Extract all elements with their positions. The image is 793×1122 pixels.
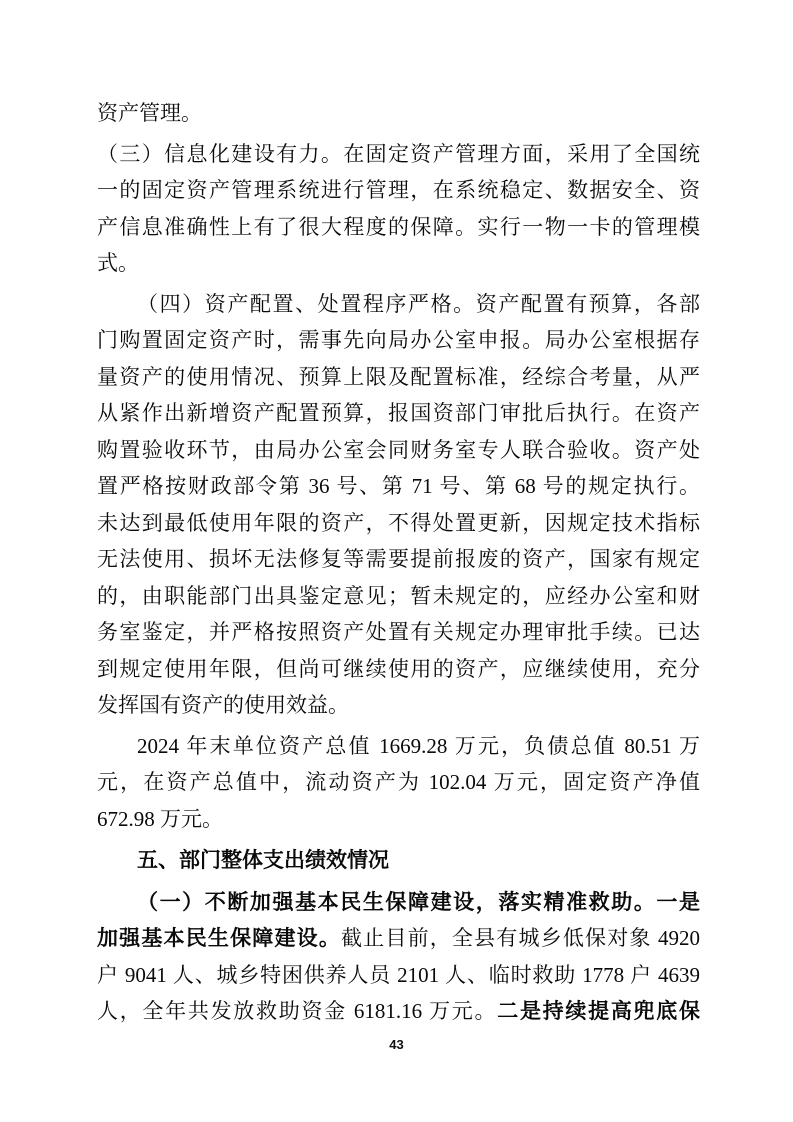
- body-text: 的，由职能部门出具鉴定意见；暂未规定的，应经办公室和财: [97, 584, 700, 608]
- text-line: （四）资产配置、处置程序严格。资产配置有预算，各部: [97, 286, 700, 323]
- text-line: 产信息准确性上有了很大程度的保障。实行一物一卡的管理模: [97, 209, 700, 246]
- text-line: 置严格按财政部令第 36 号、第 71 号、第 68 号的规定执行。: [97, 468, 700, 505]
- text-line: （三）信息化建设有力。在固定资产管理方面，采用了全国统: [97, 136, 700, 173]
- text-line: 务室鉴定，并严格按照资产处置有关规定办理审批手续。已达: [97, 614, 700, 651]
- text-line: 资产管理。: [97, 95, 700, 132]
- body-text: 门购置固定资产时，需事先向局办公室申报。局办公室根据存: [97, 328, 700, 352]
- body-text: 无法使用、损坏无法修复等需要提前报废的资产，国家有规定: [97, 547, 700, 571]
- body-text: 资产管理。: [97, 101, 202, 125]
- body-text: 一的固定资产管理系统进行管理，在系统稳定、数据安全、资: [97, 178, 700, 202]
- bold-text: 五、部门整体支出绩效情况: [137, 849, 389, 872]
- body-text: 务室鉴定，并严格按照资产处置有关规定办理审批手续。已达: [97, 620, 700, 644]
- text-line: 式。: [97, 245, 700, 282]
- para-asset-totals-2024: 2024 年末单位资产总值 1669.28 万元，负债总值 80.51 万元，在…: [97, 728, 700, 838]
- text-line: 2024 年末单位资产总值 1669.28 万元，负债总值 80.51 万: [97, 728, 700, 765]
- body-text: 户 9041 人、城乡特困供养人员 2101 人、临时救助 1778 户 463…: [97, 963, 700, 987]
- text-line: 的，由职能部门出具鉴定意见；暂未规定的，应经办公室和财: [97, 578, 700, 615]
- text-line: 元，在资产总值中，流动资产为 102.04 万元，固定资产净值: [97, 764, 700, 801]
- body-text: 置严格按财政部令第 36 号、第 71 号、第 68 号的规定执行。: [97, 474, 700, 498]
- text-line: 户 9041 人、城乡特困供养人员 2101 人、临时救助 1778 户 463…: [97, 957, 700, 994]
- text-line: 到规定使用年限，但尚可继续使用的资产，应继续使用，充分: [97, 651, 700, 688]
- para-3-informatization: （三）信息化建设有力。在固定资产管理方面，采用了全国统一的固定资产管理系统进行管…: [97, 136, 700, 282]
- bold-text: 二是持续提高兜底保: [497, 1000, 700, 1023]
- document-body: 资产管理。（三）信息化建设有力。在固定资产管理方面，采用了全国统一的固定资产管理…: [97, 95, 700, 1030]
- text-line: 门购置固定资产时，需事先向局办公室申报。局办公室根据存: [97, 322, 700, 359]
- text-line: 从紧作出新增资产配置预算，报国资部门审批后执行。在资产: [97, 395, 700, 432]
- body-text: 产信息准确性上有了很大程度的保障。实行一物一卡的管理模: [97, 215, 700, 239]
- body-text: 从紧作出新增资产配置预算，报国资部门审批后执行。在资产: [97, 401, 700, 425]
- text-line: 五、部门整体支出绩效情况: [97, 843, 700, 880]
- bold-text: 加强基本民生保障建设。: [97, 927, 341, 950]
- heading-section-5: 五、部门整体支出绩效情况: [97, 843, 700, 880]
- body-text: 到规定使用年限，但尚可继续使用的资产，应继续使用，充分: [97, 657, 700, 681]
- body-text: 量资产的使用情况、预算上限及配置标准，经综合考量，从严: [97, 365, 700, 389]
- text-line: （一）不断加强基本民生保障建设，落实精准救助。一是: [97, 884, 700, 921]
- body-text: （四）资产配置、处置程序严格。资产配置有预算，各部: [137, 292, 700, 316]
- body-text: 672.98 万元。: [97, 807, 223, 831]
- body-text: （三）信息化建设有力。在固定资产管理方面，采用了全国统: [97, 142, 700, 166]
- body-text: 发挥国有资产的使用效益。: [97, 693, 349, 717]
- text-line: 一的固定资产管理系统进行管理，在系统稳定、数据安全、资: [97, 172, 700, 209]
- body-text: 2024 年末单位资产总值 1669.28 万元，负债总值 80.51 万: [137, 734, 700, 758]
- text-line: 购置验收环节，由局办公室会同财务室专人联合验收。资产处: [97, 432, 700, 469]
- text-line: 672.98 万元。: [97, 801, 700, 838]
- text-line: 人，全年共发放救助资金 6181.16 万元。二是持续提高兜底保: [97, 993, 700, 1030]
- body-text: 购置验收环节，由局办公室会同财务室专人联合验收。资产处: [97, 438, 700, 462]
- body-text: 截止目前，全县有城乡低保对象 4920: [341, 926, 700, 950]
- page-number: 43: [0, 1037, 793, 1052]
- para-asset-management-tail: 资产管理。: [97, 95, 700, 132]
- body-text: 人，全年共发放救助资金 6181.16 万元。: [97, 999, 497, 1023]
- text-line: 量资产的使用情况、预算上限及配置标准，经综合考量，从严: [97, 359, 700, 396]
- body-text: 元，在资产总值中，流动资产为 102.04 万元，固定资产净值: [97, 770, 700, 794]
- para-5-1-livelihood: （一）不断加强基本民生保障建设，落实精准救助。一是加强基本民生保障建设。截止目前…: [97, 884, 700, 1030]
- text-line: 加强基本民生保障建设。截止目前，全县有城乡低保对象 4920: [97, 920, 700, 957]
- bold-text: （一）不断加强基本民生保障建设，落实精准救助。一是: [137, 891, 700, 914]
- body-text: 式。: [97, 251, 139, 275]
- text-line: 未达到最低使用年限的资产，不得处置更新，因规定技术指标: [97, 505, 700, 542]
- document-page: 资产管理。（三）信息化建设有力。在固定资产管理方面，采用了全国统一的固定资产管理…: [0, 0, 793, 1122]
- body-text: 未达到最低使用年限的资产，不得处置更新，因规定技术指标: [97, 511, 700, 535]
- para-4-allocation-disposal: （四）资产配置、处置程序严格。资产配置有预算，各部门购置固定资产时，需事先向局办…: [97, 286, 700, 724]
- text-line: 无法使用、损坏无法修复等需要提前报废的资产，国家有规定: [97, 541, 700, 578]
- text-line: 发挥国有资产的使用效益。: [97, 687, 700, 724]
